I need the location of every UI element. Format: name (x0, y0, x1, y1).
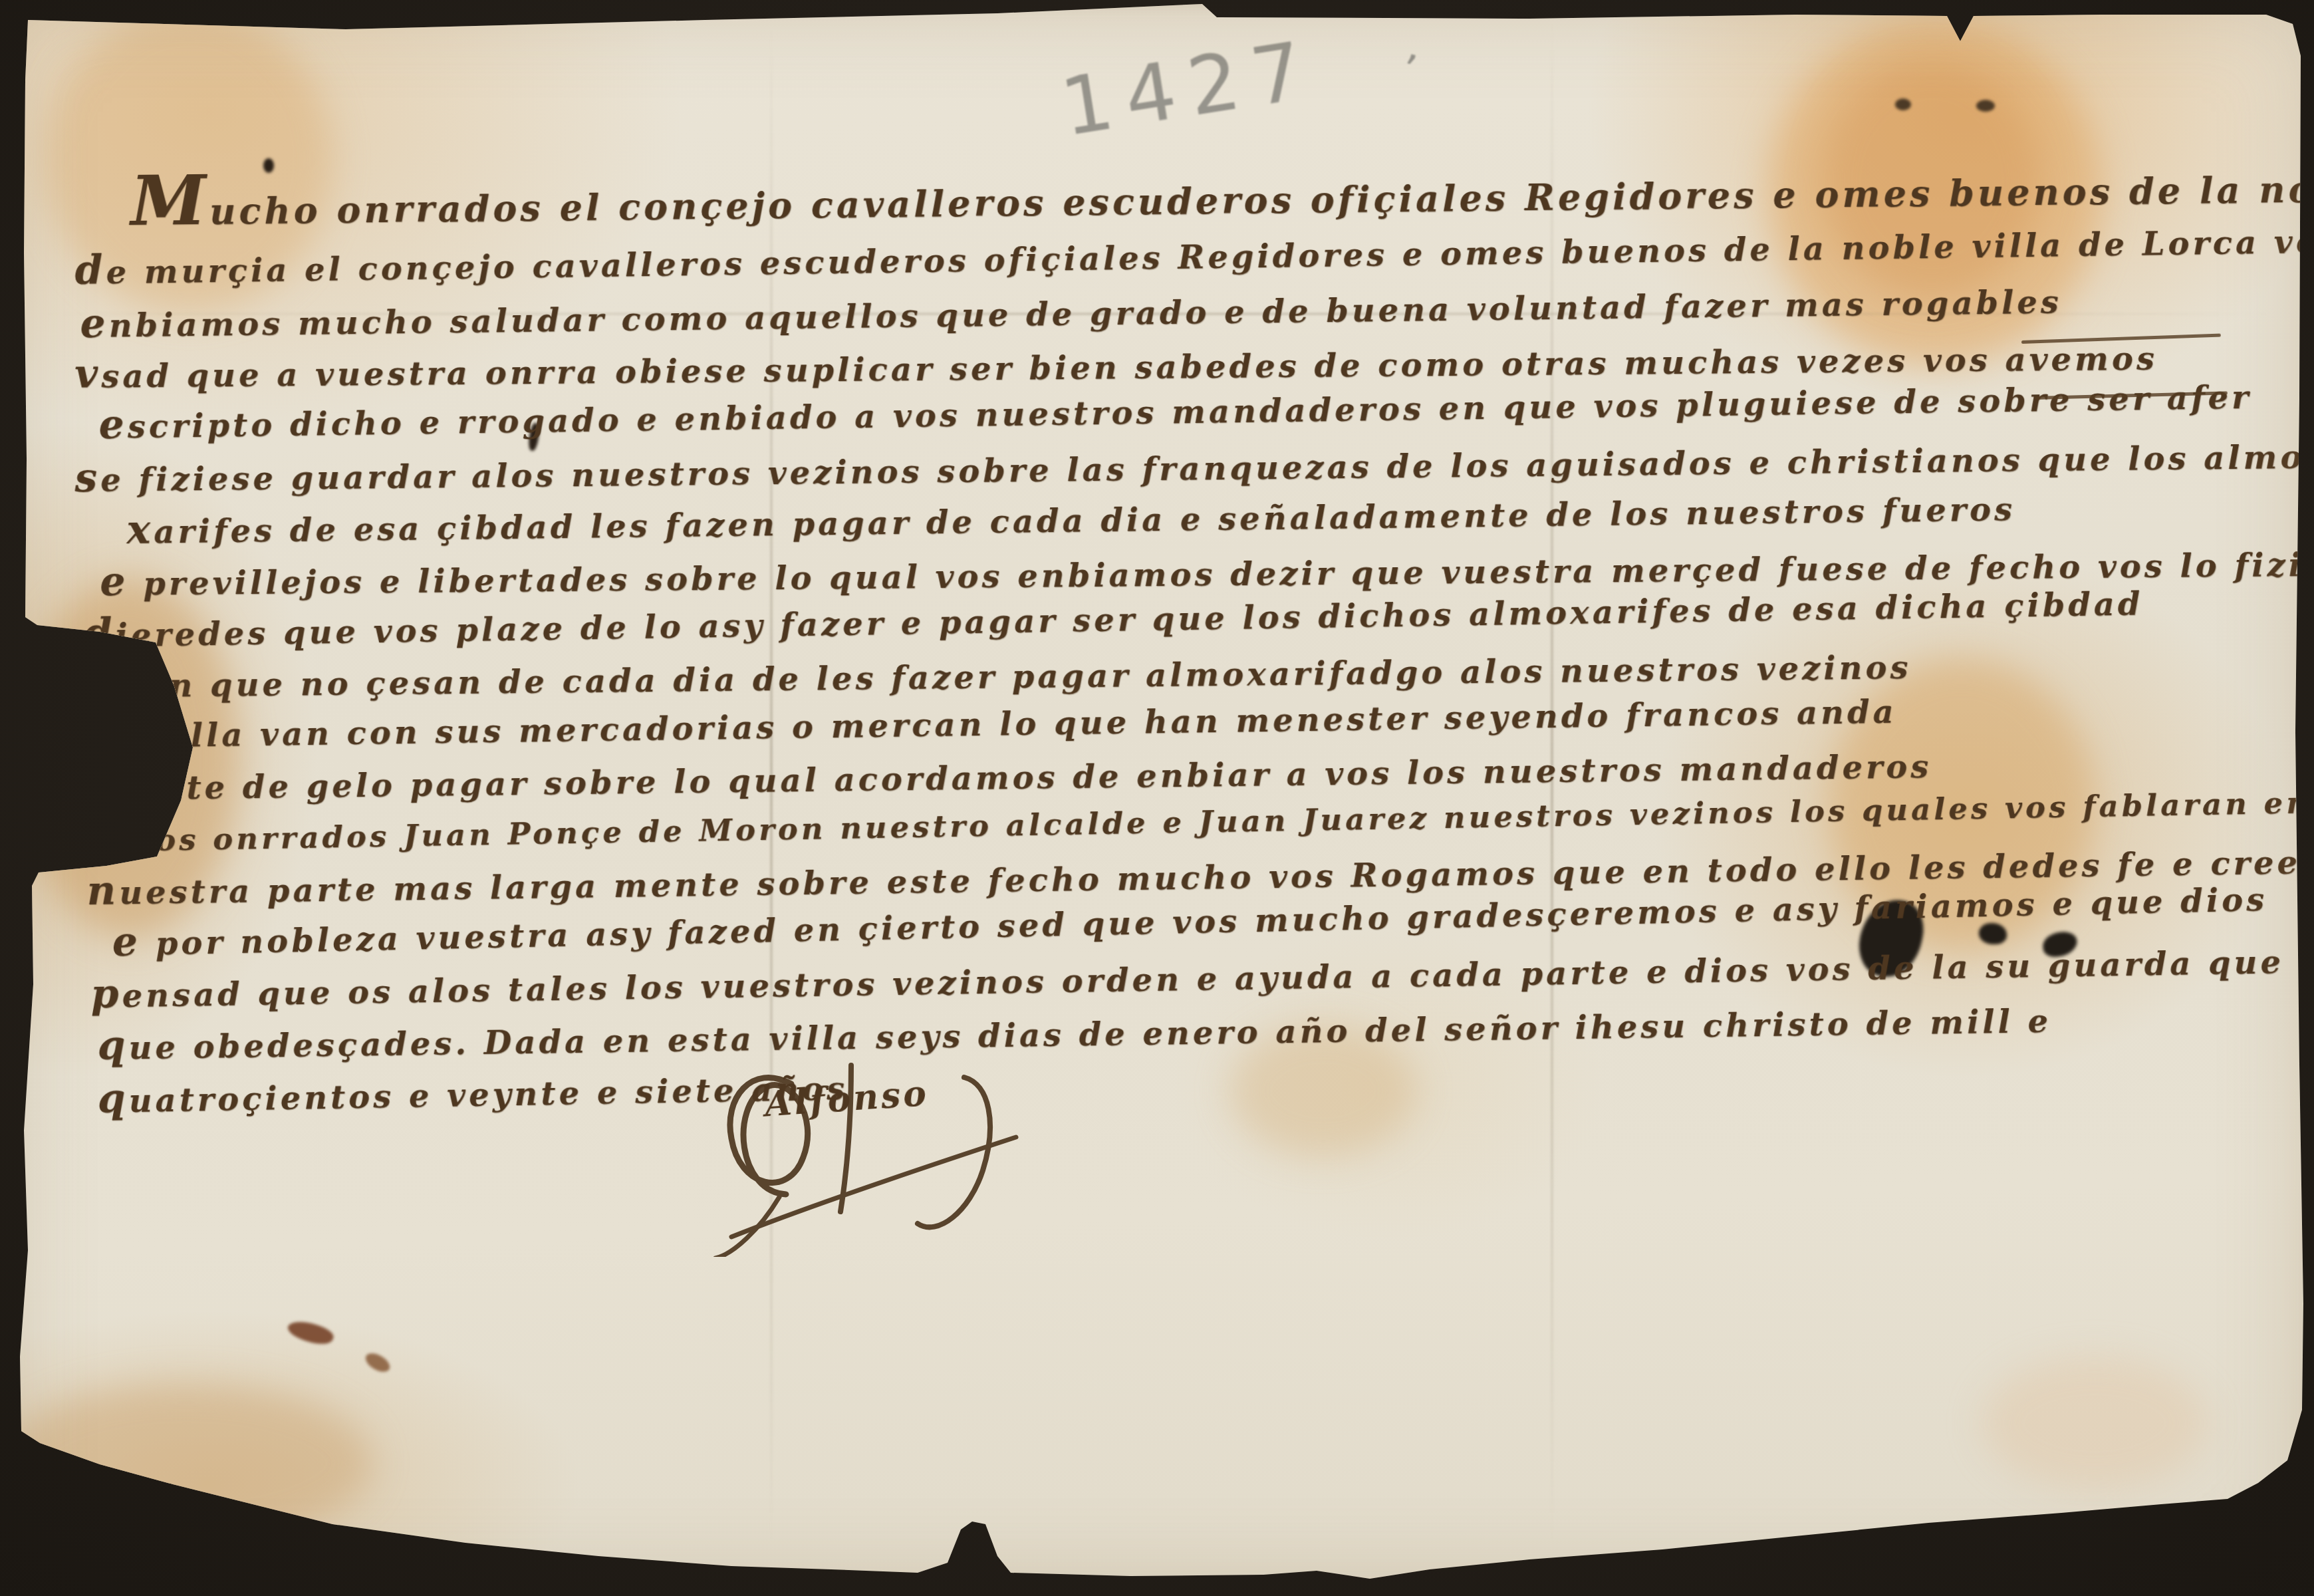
manuscript-photo: 1427 ʼ Mucho onrrados el conçejo cavalle… (0, 0, 2314, 1596)
stain-bottom-left (0, 1383, 372, 1543)
ink-blot-top (263, 158, 274, 173)
ink-speck-1 (1895, 98, 1911, 110)
ink-speck-2 (1976, 100, 1995, 112)
rust-spot-2 (362, 1349, 393, 1375)
pencil-year-annotation: 1427 (1055, 23, 1323, 155)
rust-spot-1 (285, 1317, 335, 1349)
paper-sheet: 1427 ʼ Mucho onrrados el conçejo cavalle… (0, 0, 2314, 1596)
notary-rubric-flourish (652, 1037, 1037, 1257)
stain-bottom-right-faint (1982, 1357, 2208, 1490)
pencil-tick-mark: ʼ (1396, 46, 1421, 97)
